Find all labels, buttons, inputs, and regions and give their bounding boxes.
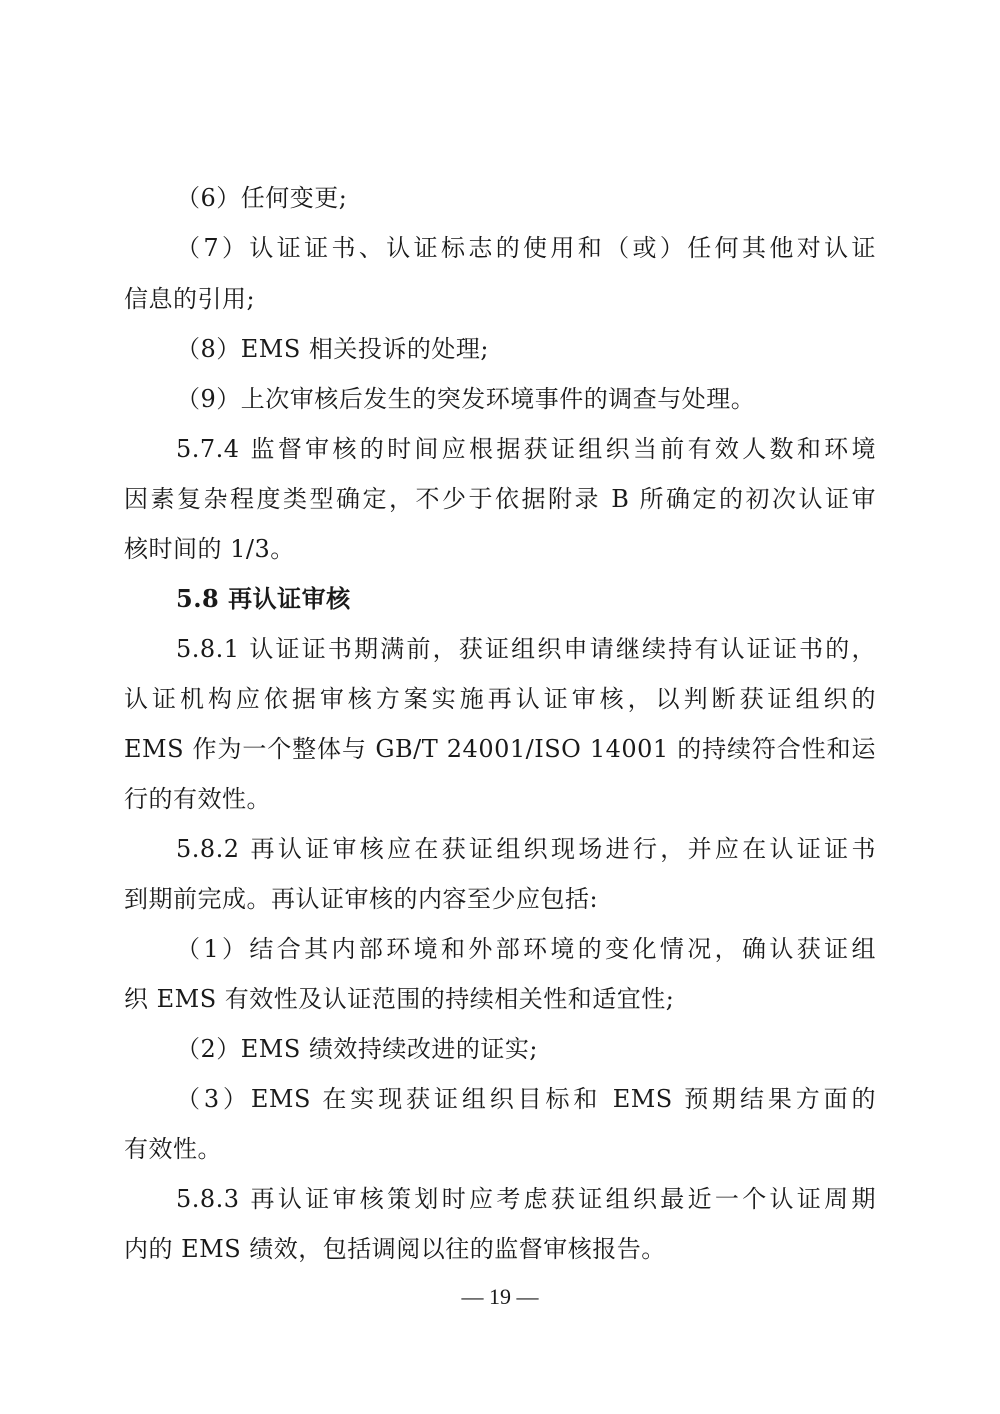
clause-5-8-3-line-2: 内的 EMS 绩效，包括调阅以往的监督审核报告。: [124, 1229, 876, 1269]
clause-5-8-3-line-1: 5.8.3 再认证审核策划时应考虑获证组织最近一个认证周期: [176, 1179, 876, 1219]
clause-5-8-1-line-1: 5.8.1 认证证书期满前，获证组织申请继续持有认证证书的，: [176, 629, 876, 669]
clause-5-7-4-line-3: 核时间的 1/3。: [124, 529, 876, 569]
clause-5-8-2-line-1: 5.8.2 再认证审核应在获证组织现场进行，并应在认证证书: [176, 829, 876, 869]
list-item-1-line-2: 织 EMS 有效性及认证范围的持续相关性和适宜性;: [124, 979, 876, 1019]
clause-5-8-1-line-4: 行的有效性。: [124, 779, 876, 819]
clause-5-7-4-line-2: 因素复杂程度类型确定，不少于依据附录 B 所确定的初次认证审: [124, 479, 876, 519]
list-item-7-line-2: 信息的引用;: [124, 279, 876, 319]
clause-5-8-1-line-2: 认证机构应依据审核方案实施再认证审核，以判断获证组织的: [124, 679, 876, 719]
clause-5-7-4-line-1: 5.7.4 监督审核的时间应根据获证组织当前有效人数和环境: [176, 429, 876, 469]
clause-5-8-2-line-2: 到期前完成。再认证审核的内容至少应包括:: [124, 879, 876, 919]
list-item-1-line-1: （1）结合其内部环境和外部环境的变化情况，确认获证组: [176, 929, 876, 969]
clause-5-8-1-line-3: EMS 作为一个整体与 GB/T 24001/ISO 14001 的持续符合性和…: [124, 729, 876, 769]
list-item-6: （6）任何变更;: [176, 178, 876, 218]
page-number: — 19 —: [0, 1280, 1000, 1314]
section-heading-5-8: 5.8 再认证审核: [176, 579, 876, 619]
list-item-3-line-1: （3）EMS 在实现获证组织目标和 EMS 预期结果方面的: [176, 1079, 876, 1119]
list-item-7-line-1: （7）认证证书、认证标志的使用和（或）任何其他对认证: [176, 228, 876, 268]
list-item-8: （8）EMS 相关投诉的处理;: [176, 329, 876, 369]
list-item-3-line-2: 有效性。: [124, 1129, 876, 1169]
document-page: （6）任何变更; （7）认证证书、认证标志的使用和（或）任何其他对认证 信息的引…: [0, 0, 1000, 1414]
list-item-9: （9）上次审核后发生的突发环境事件的调查与处理。: [176, 379, 876, 419]
list-item-2: （2）EMS 绩效持续改进的证实;: [176, 1029, 876, 1069]
